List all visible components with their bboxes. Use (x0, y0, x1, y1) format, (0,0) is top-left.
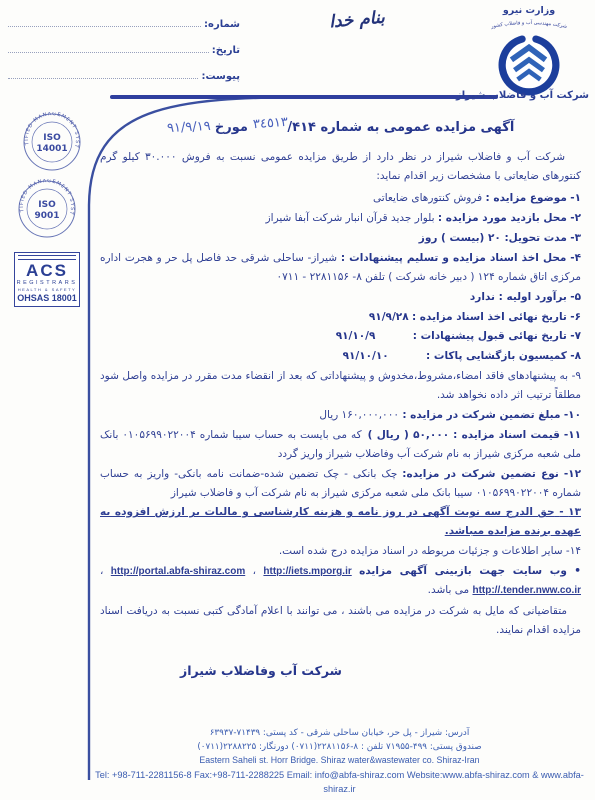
item-12: ۱۲- نوع تضمین شرکت در مزایده: چک بانکی -… (100, 465, 581, 503)
iso-14001-stamp: CERTIFIED MANAGEMENT SYSTEM ISO 14001 (22, 112, 82, 172)
title-number-printed: ۴۱۴/ (287, 120, 316, 135)
ministry-title: وزارت نیرو (473, 5, 585, 16)
attachment-dotted-line (8, 77, 198, 79)
footer-contact-block: آدرس: شیراز - پل حر، خیابان ساحلی شرقی -… (88, 727, 591, 796)
company-logo-block: وزارت نیرو شرکت مهندسی آب و فاضلاب کشور (473, 5, 585, 96)
ohsas-18001-text: OHSAS 18001 (16, 293, 78, 303)
tender-url-2: http://portal.abfa-shiraz.com (111, 566, 245, 577)
acs-logo-text: ACS (16, 262, 78, 279)
number-label: شماره: (204, 19, 240, 30)
tender-items: ۱- موضوع مزایده : فروش کنتورهای ضایعاتی … (100, 189, 581, 561)
item-8: ۸- کمیسیون بازگشایی پاکات : ۹۱/۱۰/۱۰ (100, 347, 581, 366)
besmellah-calligraphy: بنام خدا (311, 6, 402, 34)
tender-url-3: http://.tender.nww.co.ir (472, 585, 581, 596)
item-10: ۱۰- مبلغ تضمین شرکت در مزایده : ۱۶۰,۰۰۰,… (100, 406, 581, 425)
field-date: تاریخ: (8, 40, 240, 56)
field-number: شماره: (8, 14, 240, 30)
item-1: ۱- موضوع مزایده : فروش کنتورهای ضایعاتی (100, 189, 581, 208)
svg-text:9001: 9001 (34, 211, 59, 221)
acs-health-safety-text: HEALTH & SAFETY (16, 287, 78, 292)
svg-text:ISO: ISO (43, 133, 61, 143)
websites-line: • وب سایت جهت بازبینی آگهی مزایده http:/… (100, 562, 581, 600)
item-13: ۱۳ - حق الدرج سه نوبت آگهی در روز نامه و… (100, 503, 581, 541)
field-attachment: پیوست: (8, 66, 240, 82)
footer-contact-en: Tel: +98-711-2281156-8 Fax:+98-711-22882… (88, 768, 591, 797)
item-6: ۶- تاریخ نهائی اخذ اسناد مزایده : ۹۱/۹/۲… (100, 308, 581, 327)
number-dotted-line (8, 25, 201, 27)
closing-paragraph: متقاضیانی که مایل به شرکت در مزایده می ب… (100, 602, 581, 640)
intro-paragraph: شرکت آب و فاضلاب شیراز در نظر دارد از طر… (100, 148, 581, 186)
title-number-handwritten: ۳٤٥۱۳ (252, 111, 288, 137)
tender-url-1: http://iets.mporg.ir (263, 566, 351, 577)
acs-registrars-text: REGISTRARS (16, 280, 78, 286)
bullet-icon: • (574, 565, 581, 577)
title-prefix: آگهی مزایده عمومی به شماره (321, 120, 515, 135)
footer-address-en: Eastern Saheli st. Horr Bridge. Shiraz w… (88, 754, 591, 768)
item-11: ۱۱- قیمت اسناد مزایده : ۵۰,۰۰۰ ( ریال ) … (100, 426, 581, 464)
title-date-handwritten: ۹۱/۹/۱۹ (166, 115, 211, 141)
title-dated-label: مورخ (215, 120, 248, 135)
footer-phone-fa: صندوق پستی: ۴۹۹-۷۱۹۵۵ تلفن : ۸-۲۲۸۱۱۵۶(۰… (88, 741, 591, 755)
item-4: ۴- محل اخذ اسناد مزایده و تسلیم پیشنهادا… (100, 249, 581, 287)
attachment-label: پیوست: (201, 71, 240, 82)
item-9: ۹- به پیشنهادهای فاقد امضاء،مشروط،مخدوش … (100, 367, 581, 405)
logo-arc-text: شرکت مهندسی آب و فاضلاب کشور (477, 16, 581, 32)
svg-text:شرکت مهندسی آب و فاضلاب کشور: شرکت مهندسی آب و فاضلاب کشور (490, 19, 568, 30)
ohsas-18001-stamp: ACS REGISTRARS HEALTH & SAFETY OHSAS 180… (14, 252, 80, 307)
water-waves-icon (498, 34, 560, 96)
footer-address-fa: آدرس: شیراز - پل حر، خیابان ساحلی شرقی -… (88, 727, 591, 741)
header-rule (110, 95, 498, 99)
company-name: شرکت آب و فاضلاب شیراز (456, 90, 589, 101)
item-2: ۲- محل بازدید مورد مزایده : بلوار جدید ق… (100, 209, 581, 228)
certification-stamps: CERTIFIED MANAGEMENT SYSTEM ISO 14001 CE… (14, 112, 86, 307)
item-3: ۳- مدت تحویل: ۲۰ (بیست ) روز (100, 229, 581, 248)
item-14: ۱۴- سایر اطلاعات و جزئیات مربوطه در اسنا… (100, 542, 581, 561)
acs-top-line (18, 255, 76, 260)
date-label: تاریخ: (212, 45, 240, 56)
reference-fields: شماره: تاریخ: پیوست: (8, 14, 240, 92)
item-5: ۵- برآورد اولیه : ندارد (100, 288, 581, 307)
document-body: آگهی مزایده عمومی به شماره ۴۱۴/۳٤٥۱۳ مور… (100, 116, 581, 682)
svg-text:ISO: ISO (38, 200, 56, 210)
svg-text:14001: 14001 (36, 144, 67, 154)
date-dotted-line (8, 51, 209, 53)
signature-company: شرکت آب وفاضلاب شیراز (100, 660, 581, 683)
document-title: آگهی مزایده عمومی به شماره ۴۱۴/۳٤٥۱۳ مور… (100, 116, 581, 139)
iso-9001-stamp: CERTIFIED MANAGEMENT SYSTEM ISO 9001 (17, 179, 77, 239)
scanned-tender-notice-page: شماره: تاریخ: پیوست: بنام خدا وزارت نیرو… (0, 0, 595, 800)
item-7: ۷- تاریخ نهائی قبول پیشنهادات : ۹۱/۱۰/۹ (100, 327, 581, 346)
